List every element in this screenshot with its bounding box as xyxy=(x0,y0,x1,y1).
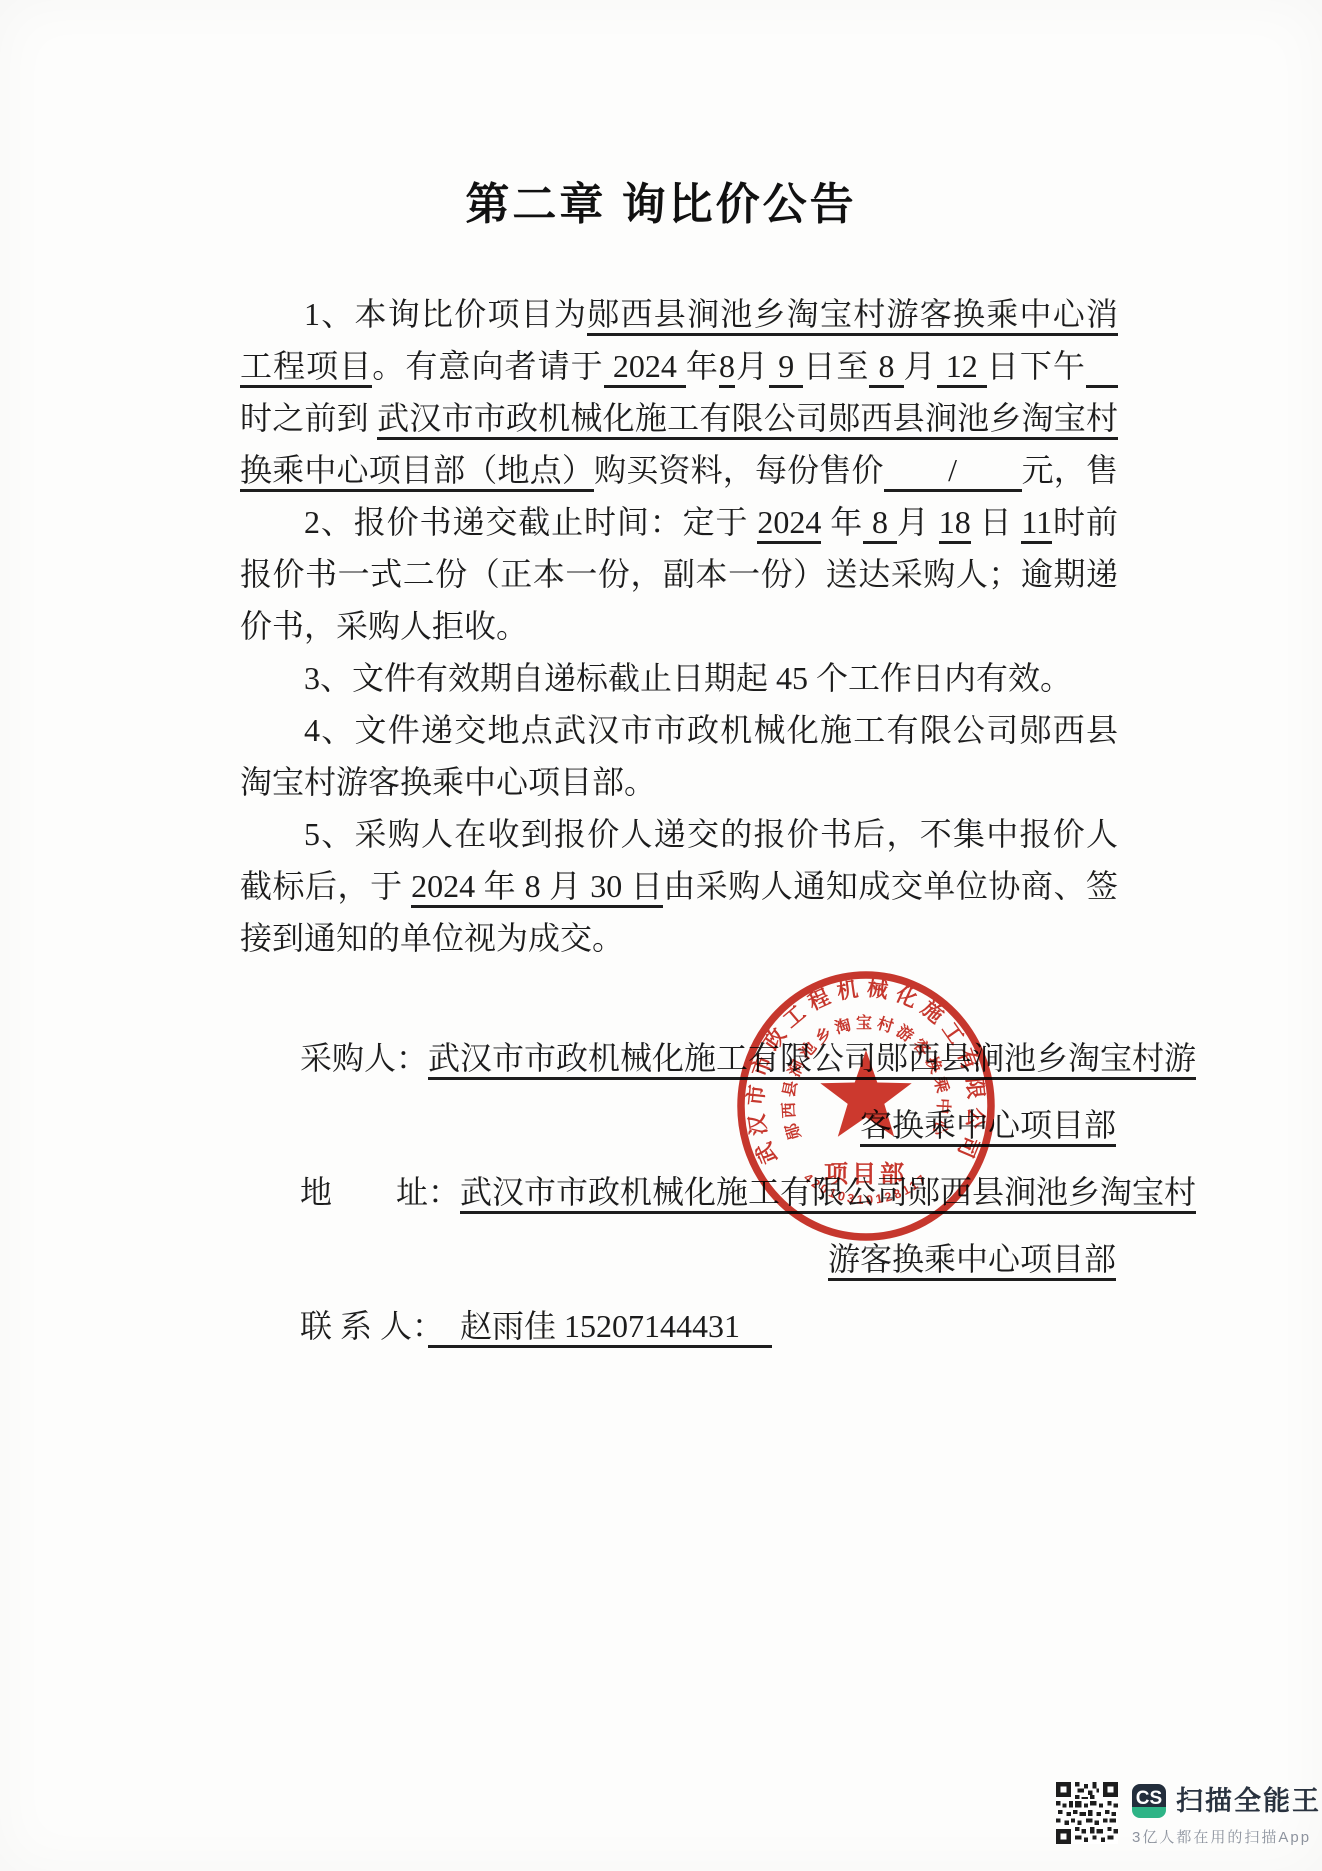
camscanner-watermark: CS 扫描全能王 3亿人都在用的扫描App xyxy=(1056,1782,1132,1844)
address-line: 地 址：武汉市市政机械化施工有限公司郧西县涧池乡淘宝村 xyxy=(300,1174,1116,1210)
underlined-text: 换乘中心项目部（地点） xyxy=(240,452,594,492)
paragraph-line: 截标后，于 2024 年 8 月 30 日由采购人通知成交单位协商、签订合同， xyxy=(240,860,1118,912)
underlined-text: 8 xyxy=(869,348,903,388)
underlined-text: 2024 年 8 月 30 日 xyxy=(411,868,663,908)
paragraph-line: 4、文件递交地点武汉市市政机械化施工有限公司郧西县涧池乡 xyxy=(240,704,1118,756)
underlined-text: 2024 xyxy=(604,348,686,388)
text-run: 月 xyxy=(904,348,937,384)
purchaser-line: 采购人：武汉市市政机械化施工有限公司郧西县涧池乡淘宝村游 xyxy=(300,1040,1116,1076)
underlined-text: 11 xyxy=(1021,504,1052,544)
paragraph-line: 换乘中心项目部（地点）购买资料，每份售价 / 元，售后不退。 xyxy=(240,444,1118,496)
underlined-text: 9 xyxy=(769,348,803,388)
underlined-text: 游客换乘中心项目部 xyxy=(828,1241,1116,1281)
underlined-text: 客换乘中心项目部 xyxy=(860,1107,1116,1147)
text-run: 截标后，于 xyxy=(240,868,411,904)
text-run: 月 xyxy=(897,504,939,540)
text-run: 接到通知的单位视为成交。 xyxy=(240,920,624,956)
page-title: 第二章 询比价公告 xyxy=(0,168,1322,232)
underlined-text: 赵雨佳 15207144431 xyxy=(428,1308,772,1348)
text-run: 年 xyxy=(686,348,719,384)
announcement-body: 1、本询比价项目为郧西县涧池乡淘宝村游客换乘中心消防工程 工程项目。有意向者请于… xyxy=(240,288,1118,964)
paragraph-line: 价书，采购人拒收。 xyxy=(240,600,1118,652)
qr-code-icon xyxy=(1056,1782,1118,1844)
text-run: 联 系 人： xyxy=(300,1308,428,1344)
paragraph-line: 工程项目。有意向者请于 2024 年8月 9 日至 8 月 12 日下午 17:… xyxy=(240,340,1118,392)
text-run: 采购人： xyxy=(300,1040,428,1076)
text-run: 时之前到 xyxy=(240,400,377,436)
text-run: 3、文件有效期自递标截止日期起 45 个工作日内有效。 xyxy=(304,660,1072,696)
underlined-text: 8 xyxy=(863,504,897,544)
contact-person-line: 联 系 人： 赵雨佳 15207144431 xyxy=(300,1308,1116,1344)
paragraph-line: 3、文件有效期自递标截止日期起 45 个工作日内有效。 xyxy=(240,652,1118,704)
text-run: 4、文件递交地点武汉市市政机械化施工有限公司郧西县涧池乡 xyxy=(240,712,1118,756)
paragraph-line: 报价书一式二份（正本一份，副本一份）送达采购人；逾期递交的报 xyxy=(240,548,1118,600)
text-run: 日 xyxy=(971,504,1022,540)
text-run: 年 xyxy=(821,504,863,540)
text-run: 1、本询比价项目为 xyxy=(304,296,587,332)
underlined-text: 18 xyxy=(939,504,971,544)
paragraph-line: 2、报价书递交截止时间：定于 2024 年 8 月 18 日 11时前将 xyxy=(240,496,1118,548)
watermark-app-name: 扫描全能王 xyxy=(1176,1784,1321,1818)
camscanner-logo-icon: CS xyxy=(1132,1784,1166,1818)
scanned-document-page: 第二章 询比价公告 1、本询比价项目为郧西县涧池乡淘宝村游客换乘中心消防工程 工… xyxy=(0,0,1322,1871)
underlined-text: 2024 xyxy=(757,504,821,544)
paragraph-line: 1、本询比价项目为郧西县涧池乡淘宝村游客换乘中心消防工程 xyxy=(240,288,1118,340)
watermark-tagline: 3亿人都在用的扫描App xyxy=(1132,1826,1311,1847)
paragraph-line: 时之前到 武汉市市政机械化施工有限公司郧西县涧池乡淘宝村游客 xyxy=(240,392,1118,444)
address-line-wrap: 游客换乘中心项目部 xyxy=(300,1241,1116,1277)
text-run: 地 址： xyxy=(300,1174,460,1210)
underlined-text: 12 xyxy=(937,348,987,388)
underlined-text: / xyxy=(884,452,1022,492)
text-run: 价书，采购人拒收。 xyxy=(240,608,528,644)
paragraph-line: 淘宝村游客换乘中心项目部。 xyxy=(240,756,1118,808)
text-run: 日下午 xyxy=(987,348,1086,384)
purchaser-line-wrap: 客换乘中心项目部 xyxy=(300,1107,1116,1143)
underlined-text: 8 xyxy=(719,348,735,388)
text-run: 日至 xyxy=(803,348,869,384)
paragraph-line: 接到通知的单位视为成交。 xyxy=(240,912,1118,964)
underlined-text: 工程项目 xyxy=(240,348,372,388)
text-run: 淘宝村游客换乘中心项目部。 xyxy=(240,764,656,800)
underlined-text: 武汉市市政机械化施工有限公司郧西县涧池乡淘宝村 xyxy=(460,1174,1196,1214)
text-run: 月 xyxy=(735,348,769,384)
text-run: 报价书一式二份（正本一份，副本一份）送达采购人；逾期递交的报 xyxy=(240,556,1118,600)
text-run: 购买资料，每份售价 xyxy=(594,452,884,488)
signature-block: 采购人：武汉市市政机械化施工有限公司郧西县涧池乡淘宝村游 客换乘中心项目部 地 … xyxy=(300,1040,1116,1375)
text-run: 2、报价书递交截止时间：定于 xyxy=(304,504,757,540)
underlined-text: 武汉市市政机械化施工有限公司郧西县涧池乡淘宝村游 xyxy=(428,1040,1196,1080)
text-run: 。有意向者请于 xyxy=(372,348,603,384)
text-run: 5、采购人在收到报价人递交的报价书后，不集中报价人开标。 xyxy=(240,816,1118,860)
paragraph-line: 5、采购人在收到报价人递交的报价书后，不集中报价人开标。 xyxy=(240,808,1118,860)
